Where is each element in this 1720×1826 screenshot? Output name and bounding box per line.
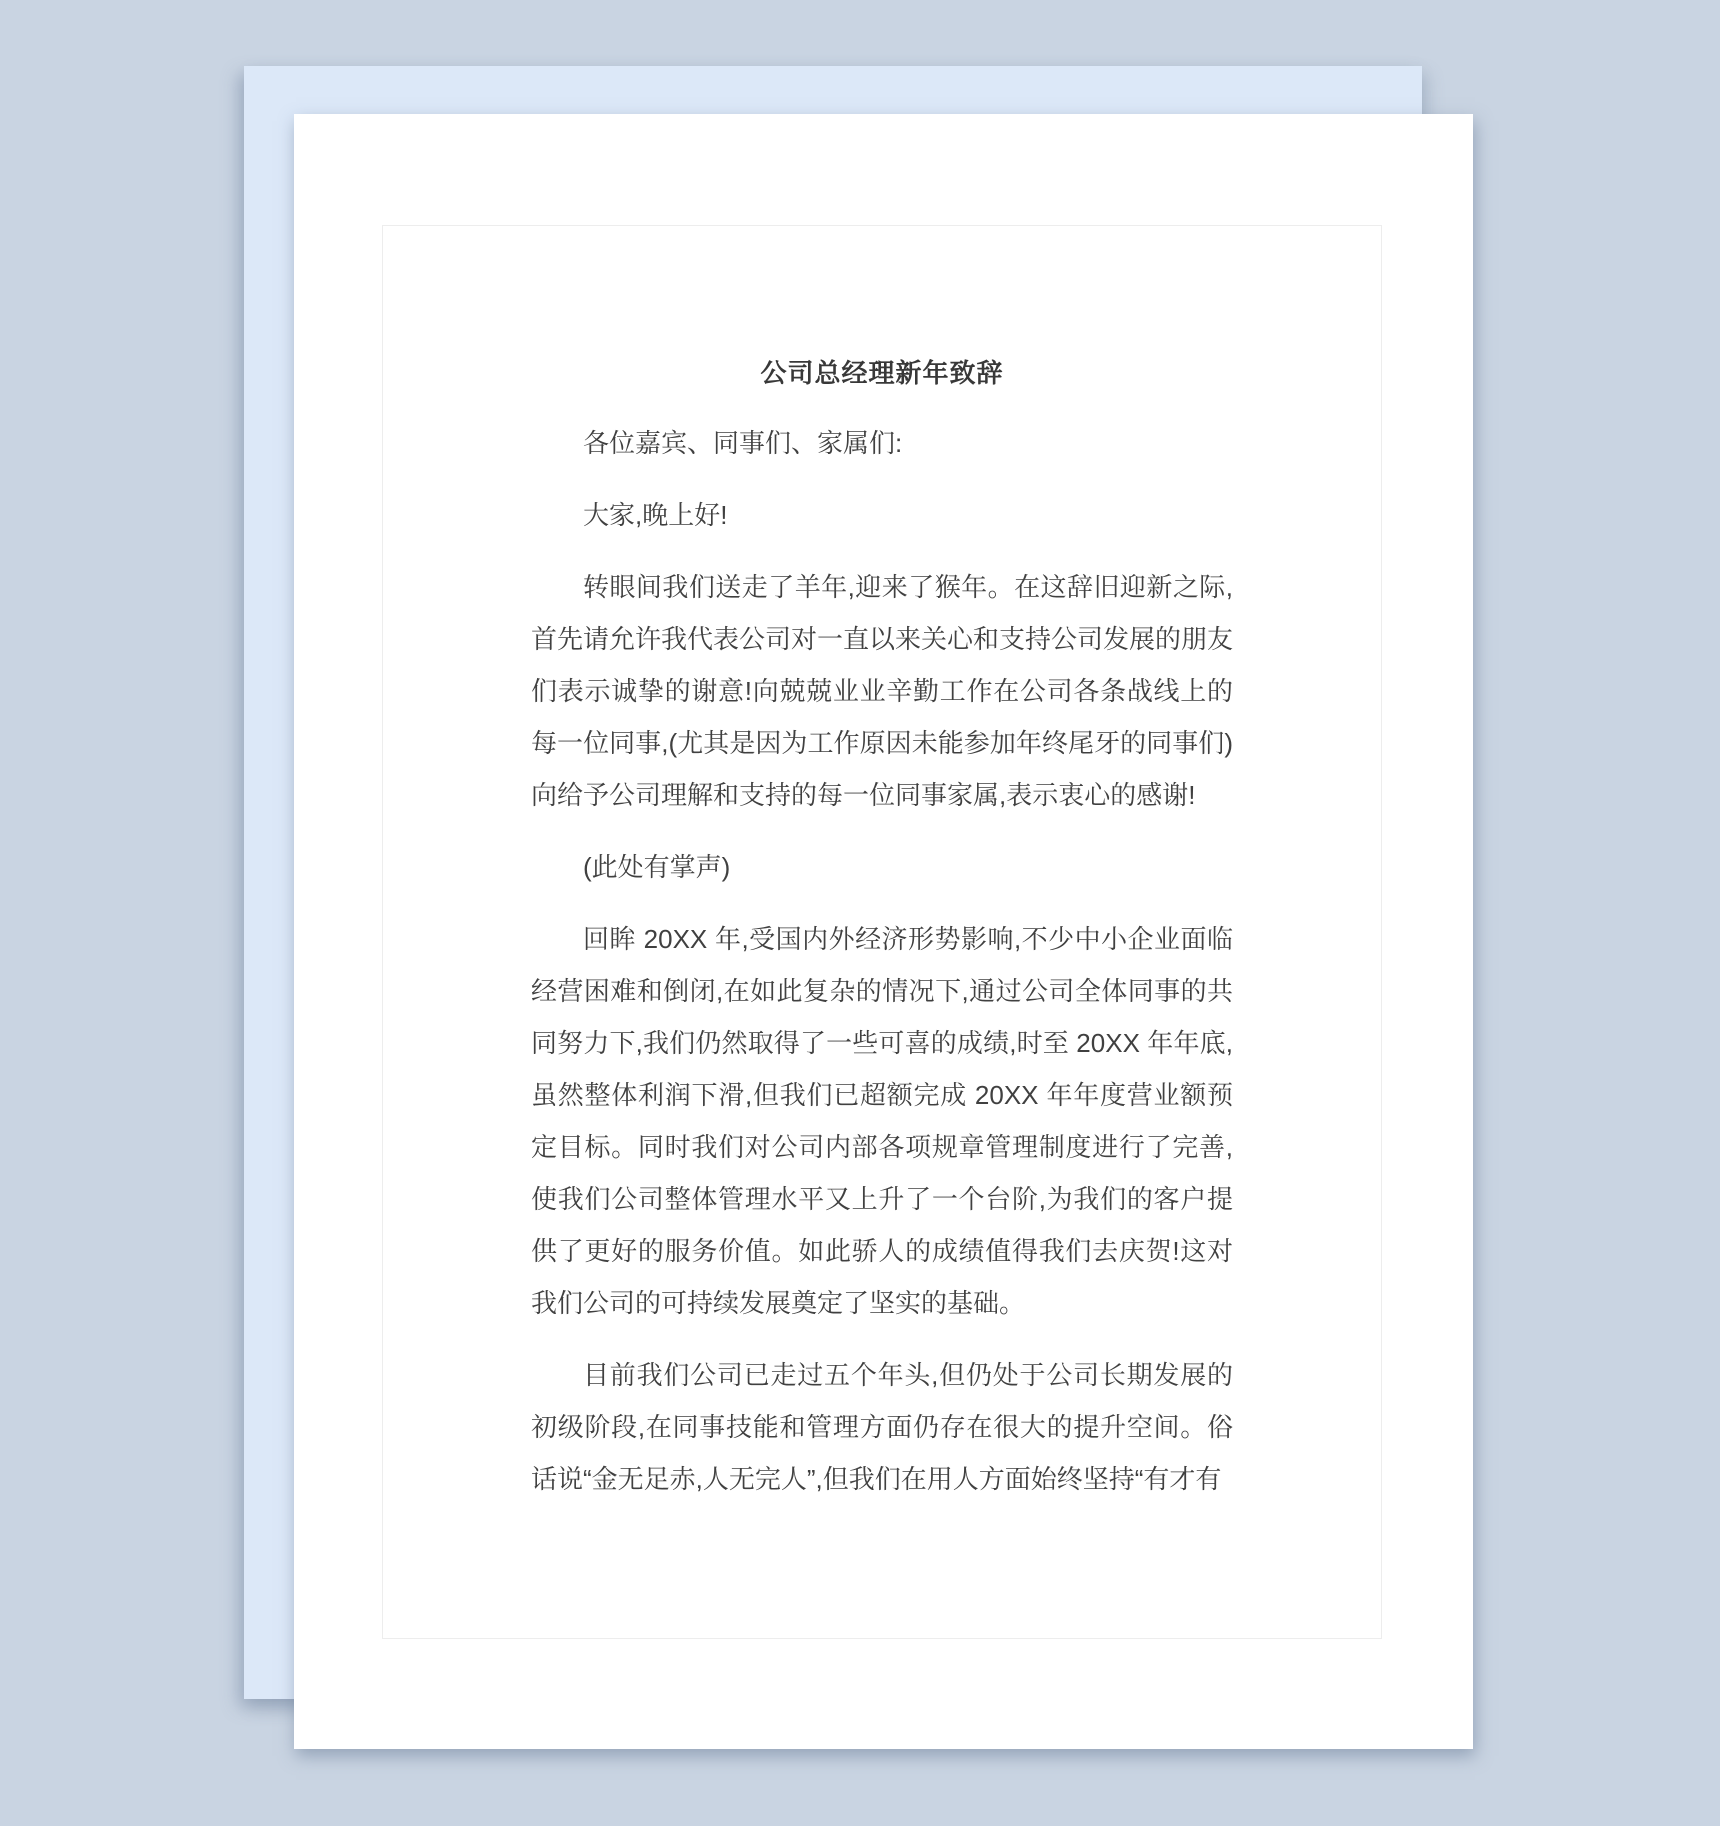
document-paragraph-salutation: 各位嘉宾、同事们、家属们:: [531, 417, 1233, 469]
document-paragraph-year-review: 回眸 20XX 年,受国内外经济形势影响,不少中小企业面临经营困难和倒闭,在如此…: [531, 913, 1233, 1329]
document-paragraph-outlook: 目前我们公司已走过五个年头,但仍处于公司长期发展的初级阶段,在同事技能和管理方面…: [531, 1349, 1233, 1505]
document-paragraph-applause-note: (此处有掌声): [531, 841, 1233, 893]
document-page: 公司总经理新年致辞 各位嘉宾、同事们、家属们: 大家,晚上好! 转眼间我们送走了…: [294, 114, 1473, 1749]
document-preview: 公司总经理新年致辞 各位嘉宾、同事们、家属们: 大家,晚上好! 转眼间我们送走了…: [0, 0, 1720, 1826]
document-paragraph-greeting: 大家,晚上好!: [531, 489, 1233, 541]
document-content: 公司总经理新年致辞 各位嘉宾、同事们、家属们: 大家,晚上好! 转眼间我们送走了…: [531, 360, 1233, 1525]
document-title: 公司总经理新年致辞: [531, 360, 1233, 386]
text-boundary-frame: 公司总经理新年致辞 各位嘉宾、同事们、家属们: 大家,晚上好! 转眼间我们送走了…: [382, 225, 1382, 1639]
document-paragraph-thanks: 转眼间我们送走了羊年,迎来了猴年。在这辞旧迎新之际,首先请允许我代表公司对一直以…: [531, 561, 1233, 821]
